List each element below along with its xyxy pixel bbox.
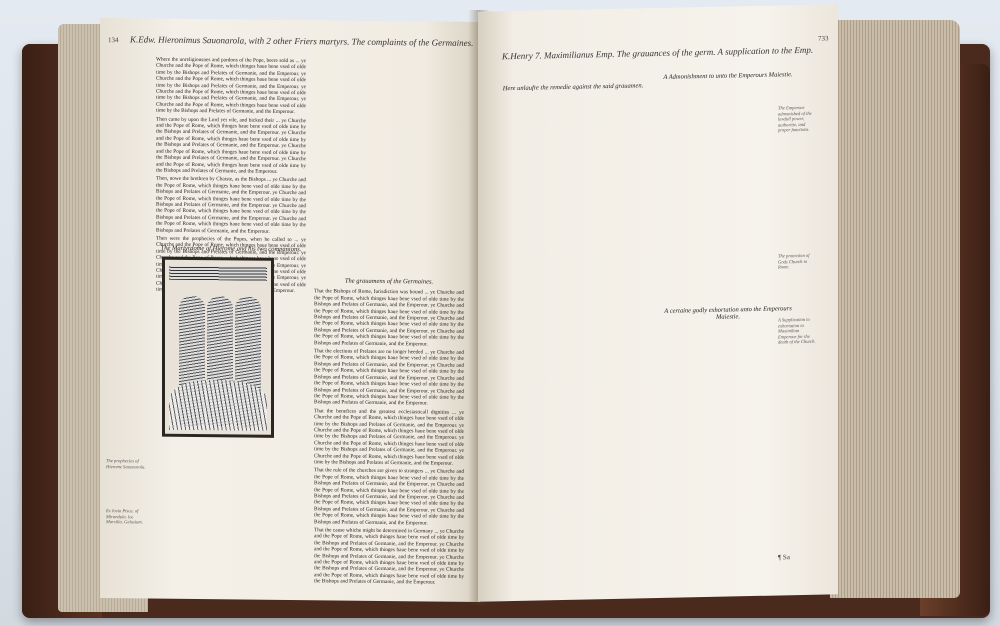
running-head: K.Edw. Hieronimus Sauonarola, with 2 oth… (130, 34, 473, 48)
page-number: 733 (818, 34, 829, 42)
flames (169, 380, 267, 431)
margin-note: The prophecies of Hierome Sauonarola. (106, 458, 146, 469)
left-page: 134 K.Edw. Hieronimus Sauonarola, with 2… (100, 18, 480, 602)
paragraph: That the elections of Prelates are no lo… (314, 348, 464, 407)
paragraph: That the rule of the churches are given … (314, 468, 464, 527)
margin-note: The protection of Gods Church to Rome. (778, 253, 818, 270)
catchword: ¶ Sa (778, 553, 790, 561)
paragraph: That the benefices and the greatest eccl… (314, 408, 464, 467)
paragraph: That the Bishops of Rome, Iurisdiction w… (314, 289, 464, 348)
left-column-2: The grauamens of the Germaines. That the… (314, 58, 464, 588)
subheading: Here unlaufre the remedie against the sa… (498, 82, 648, 92)
margin-note: A Supplication to exhortation to Maximil… (778, 317, 818, 345)
right-page: K.Henry 7. Maximilianus Emp. The grauanc… (478, 4, 838, 602)
section-heading: A certaine godly exhortation unto the Em… (658, 305, 798, 322)
paragraph: Where the unreligiousnes and pardons of … (156, 57, 306, 116)
margin-note: Ex Iosia Pisca. of Mirandula. loc Marsil… (106, 508, 146, 525)
martyrdom-woodcut-illustration (162, 257, 274, 438)
paragraph: Then, nowe the brethren by Chaiste, as t… (156, 176, 306, 235)
margin-note: The Emperour admonished of the lawfull p… (778, 105, 818, 133)
section-heading: The grauamens of the Germaines. (314, 278, 464, 286)
page-number: 134 (108, 36, 119, 44)
gallows-beam (169, 266, 267, 281)
running-head: K.Henry 7. Maximilianus Emp. The grauanc… (502, 45, 813, 62)
paragraph: Then came by upon the Lord yet vile, and… (156, 116, 306, 175)
paragraph: That the cause whiche might be determine… (314, 527, 464, 586)
right-page-block-edges (830, 20, 960, 598)
subheading: A Admonishment to unto the Emperours Mai… (658, 71, 798, 81)
